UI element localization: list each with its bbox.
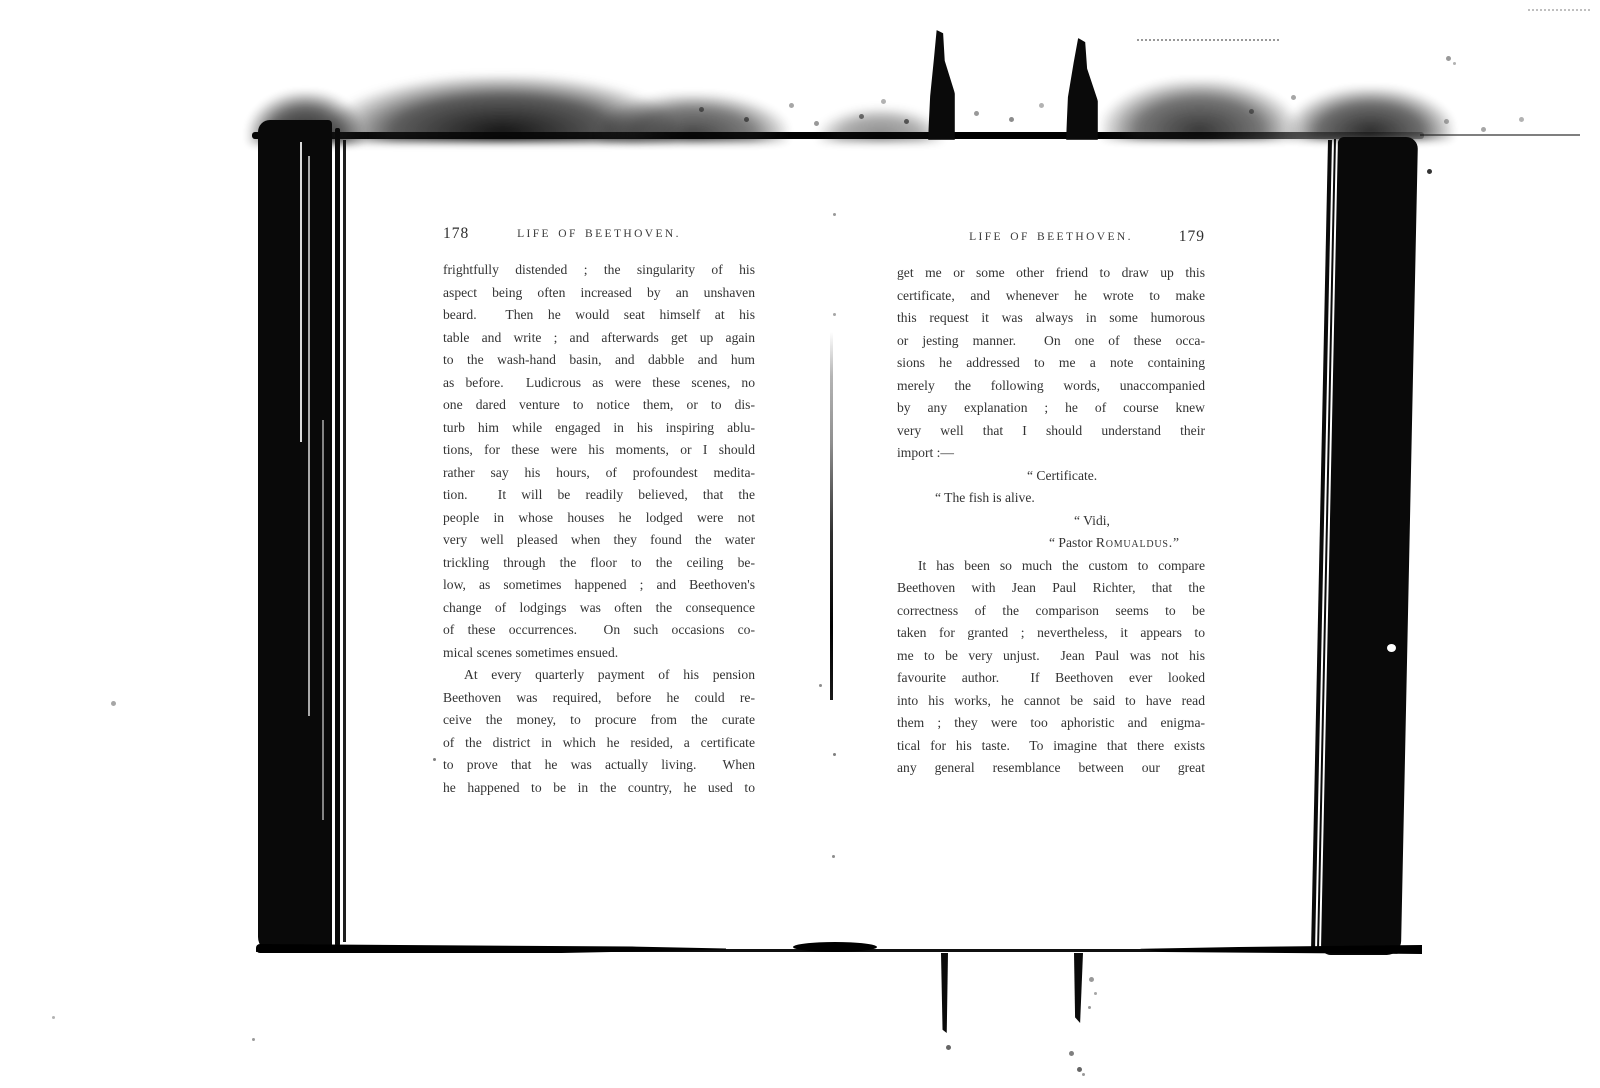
- book-scan: 178 LIFE OF BEETHOVEN. frightfully diste…: [0, 0, 1600, 1088]
- page-bottom-edge: [256, 949, 1420, 952]
- text-line: them ; they were too aphoristic and enig…: [897, 712, 1205, 735]
- text-line: this request it was always in some humor…: [897, 307, 1205, 330]
- quotation-block: “ Certificate. “ The fish is alive. “ Vi…: [897, 465, 1205, 555]
- text-line: table and write ; and afterwards get up …: [443, 327, 755, 350]
- text-line: trickling through the floor to the ceili…: [443, 552, 755, 575]
- paragraph: It has been so much the custom to compar…: [897, 555, 1205, 780]
- book-edge-left-streak: [335, 128, 340, 946]
- left-page-header: 178 LIFE OF BEETHOVEN.: [443, 225, 755, 247]
- text-line: merely the following words, unaccompanie…: [897, 375, 1205, 398]
- text-line: me to be very unjust. Jean Paul was not …: [897, 645, 1205, 668]
- text-line: mical scenes sometimes ensued.: [443, 642, 755, 665]
- text-line: Beethoven was required, before he could …: [443, 687, 755, 710]
- text-line: tion. It will be readily believed, that …: [443, 484, 755, 507]
- text-line: he happened to be in the country, he use…: [443, 777, 755, 800]
- text-line: certificate, and whenever he wrote to ma…: [897, 285, 1205, 308]
- paragraph: At every quarterly payment of his pensio…: [443, 664, 755, 799]
- right-page: 179 LIFE OF BEETHOVEN. get me or some ot…: [897, 228, 1205, 780]
- text-line: change of lodgings was often the consequ…: [443, 597, 755, 620]
- text-line: by any explanation ; he of course knew: [897, 397, 1205, 420]
- book-edge-white-streak: [300, 142, 302, 442]
- ink-smudge: [1288, 88, 1453, 140]
- book-edge-left-streak: [343, 140, 346, 942]
- ink-smudge: [330, 76, 675, 142]
- text-line: tions, for these were his moments, or I …: [443, 439, 755, 462]
- quote-line-smallcaps: Romualdus.”: [1096, 535, 1180, 550]
- text-line: of these occurrences. On such occasions …: [443, 619, 755, 642]
- ink-blot-top-left: [928, 30, 955, 140]
- text-line: to the wash-hand basin, and dabble and h…: [443, 349, 755, 372]
- ink-speckles: [0, 0, 3, 3]
- book-edge-white-dot: [1387, 644, 1396, 652]
- book-edge-white-streak: [308, 156, 310, 716]
- quote-line: “ Vidi,: [1074, 510, 1205, 533]
- ink-smudge: [248, 92, 363, 144]
- text-line: to prove that he was actually living. Wh…: [443, 754, 755, 777]
- ink-smudge: [818, 108, 943, 142]
- quote-line: “ Certificate.: [1027, 465, 1205, 488]
- page-bottom-edge-left: [256, 944, 726, 953]
- text-line: Beethoven with Jean Paul Richter, that t…: [897, 577, 1205, 600]
- text-line: At every quarterly payment of his pensio…: [443, 664, 755, 687]
- left-page: 178 LIFE OF BEETHOVEN. frightfully diste…: [443, 225, 755, 799]
- text-line: favourite author. If Beethoven ever look…: [897, 667, 1205, 690]
- text-line: taken for granted ; nevertheless, it app…: [897, 622, 1205, 645]
- text-line: into his works, he cannot be said to hav…: [897, 690, 1205, 713]
- ink-smudge: [598, 94, 788, 142]
- ink-drip: [941, 953, 948, 1033]
- page-top-edge: [252, 132, 1424, 139]
- text-line: rather say his hours, of profoundest med…: [443, 462, 755, 485]
- book-edge-right-streak: [1311, 140, 1332, 950]
- ink-blot-top-right: [1066, 38, 1098, 140]
- text-line: very well that I should understand their: [897, 420, 1205, 443]
- text-line: as before. Ludicrous as were these scene…: [443, 372, 755, 395]
- page-bottom-edge-right: [1140, 945, 1422, 954]
- ink-smudge: [1102, 80, 1297, 140]
- page-bottom-edge-blob: [793, 942, 877, 952]
- text-line: any general resemblance between our grea…: [897, 757, 1205, 780]
- quote-line: “ The fish is alive.: [935, 487, 1205, 510]
- book-edge-left: [258, 120, 332, 953]
- text-line: correctness of the comparison seems to b…: [897, 600, 1205, 623]
- text-line: or jesting manner. On one of these occa-: [897, 330, 1205, 353]
- text-line: of the district in which he resided, a c…: [443, 732, 755, 755]
- gutter-shadow: [830, 332, 833, 700]
- dotted-scan-mark: [1137, 39, 1279, 41]
- ink-drip: [1074, 953, 1083, 1023]
- paragraph: get me or some other friend to draw up t…: [897, 262, 1205, 465]
- page-top-edge-faint: [1420, 134, 1580, 136]
- quote-line: “ Pastor Romualdus.”: [1049, 532, 1205, 555]
- text-line: aspect being often increased by an unsha…: [443, 282, 755, 305]
- text-line: ceive the money, to procure from the cur…: [443, 709, 755, 732]
- text-line: one dared venture to notice them, or to …: [443, 394, 755, 417]
- page-number: 178: [443, 225, 469, 243]
- running-title: LIFE OF BEETHOVEN.: [897, 228, 1205, 243]
- book-edge-white-streak: [322, 420, 324, 820]
- text-line: people in whose houses he lodged were no…: [443, 507, 755, 530]
- quote-line-text: “ Pastor: [1049, 535, 1096, 550]
- dotted-scan-mark: [1528, 9, 1590, 11]
- text-line: get me or some other friend to draw up t…: [897, 262, 1205, 285]
- text-line: very well pleased when they found the wa…: [443, 529, 755, 552]
- running-title: LIFE OF BEETHOVEN.: [443, 225, 755, 240]
- text-line: sions he addressed to me a note containi…: [897, 352, 1205, 375]
- text-line: turb him while engaged in his inspiring …: [443, 417, 755, 440]
- text-line: beard. Then he would seat himself at his: [443, 304, 755, 327]
- text-line: It has been so much the custom to compar…: [897, 555, 1205, 578]
- book-edge-right-streak: [1317, 139, 1336, 951]
- right-page-header: 179 LIFE OF BEETHOVEN.: [897, 228, 1205, 250]
- text-line: tical for his taste. To imagine that the…: [897, 735, 1205, 758]
- text-line: frightfully distended ; the singularity …: [443, 259, 755, 282]
- page-number: 179: [1179, 228, 1205, 246]
- text-line: import :—: [897, 442, 1205, 465]
- text-line: low, as sometimes happened ; and Beethov…: [443, 574, 755, 597]
- paragraph: frightfully distended ; the singularity …: [443, 259, 755, 664]
- book-edge-right: [1321, 137, 1418, 955]
